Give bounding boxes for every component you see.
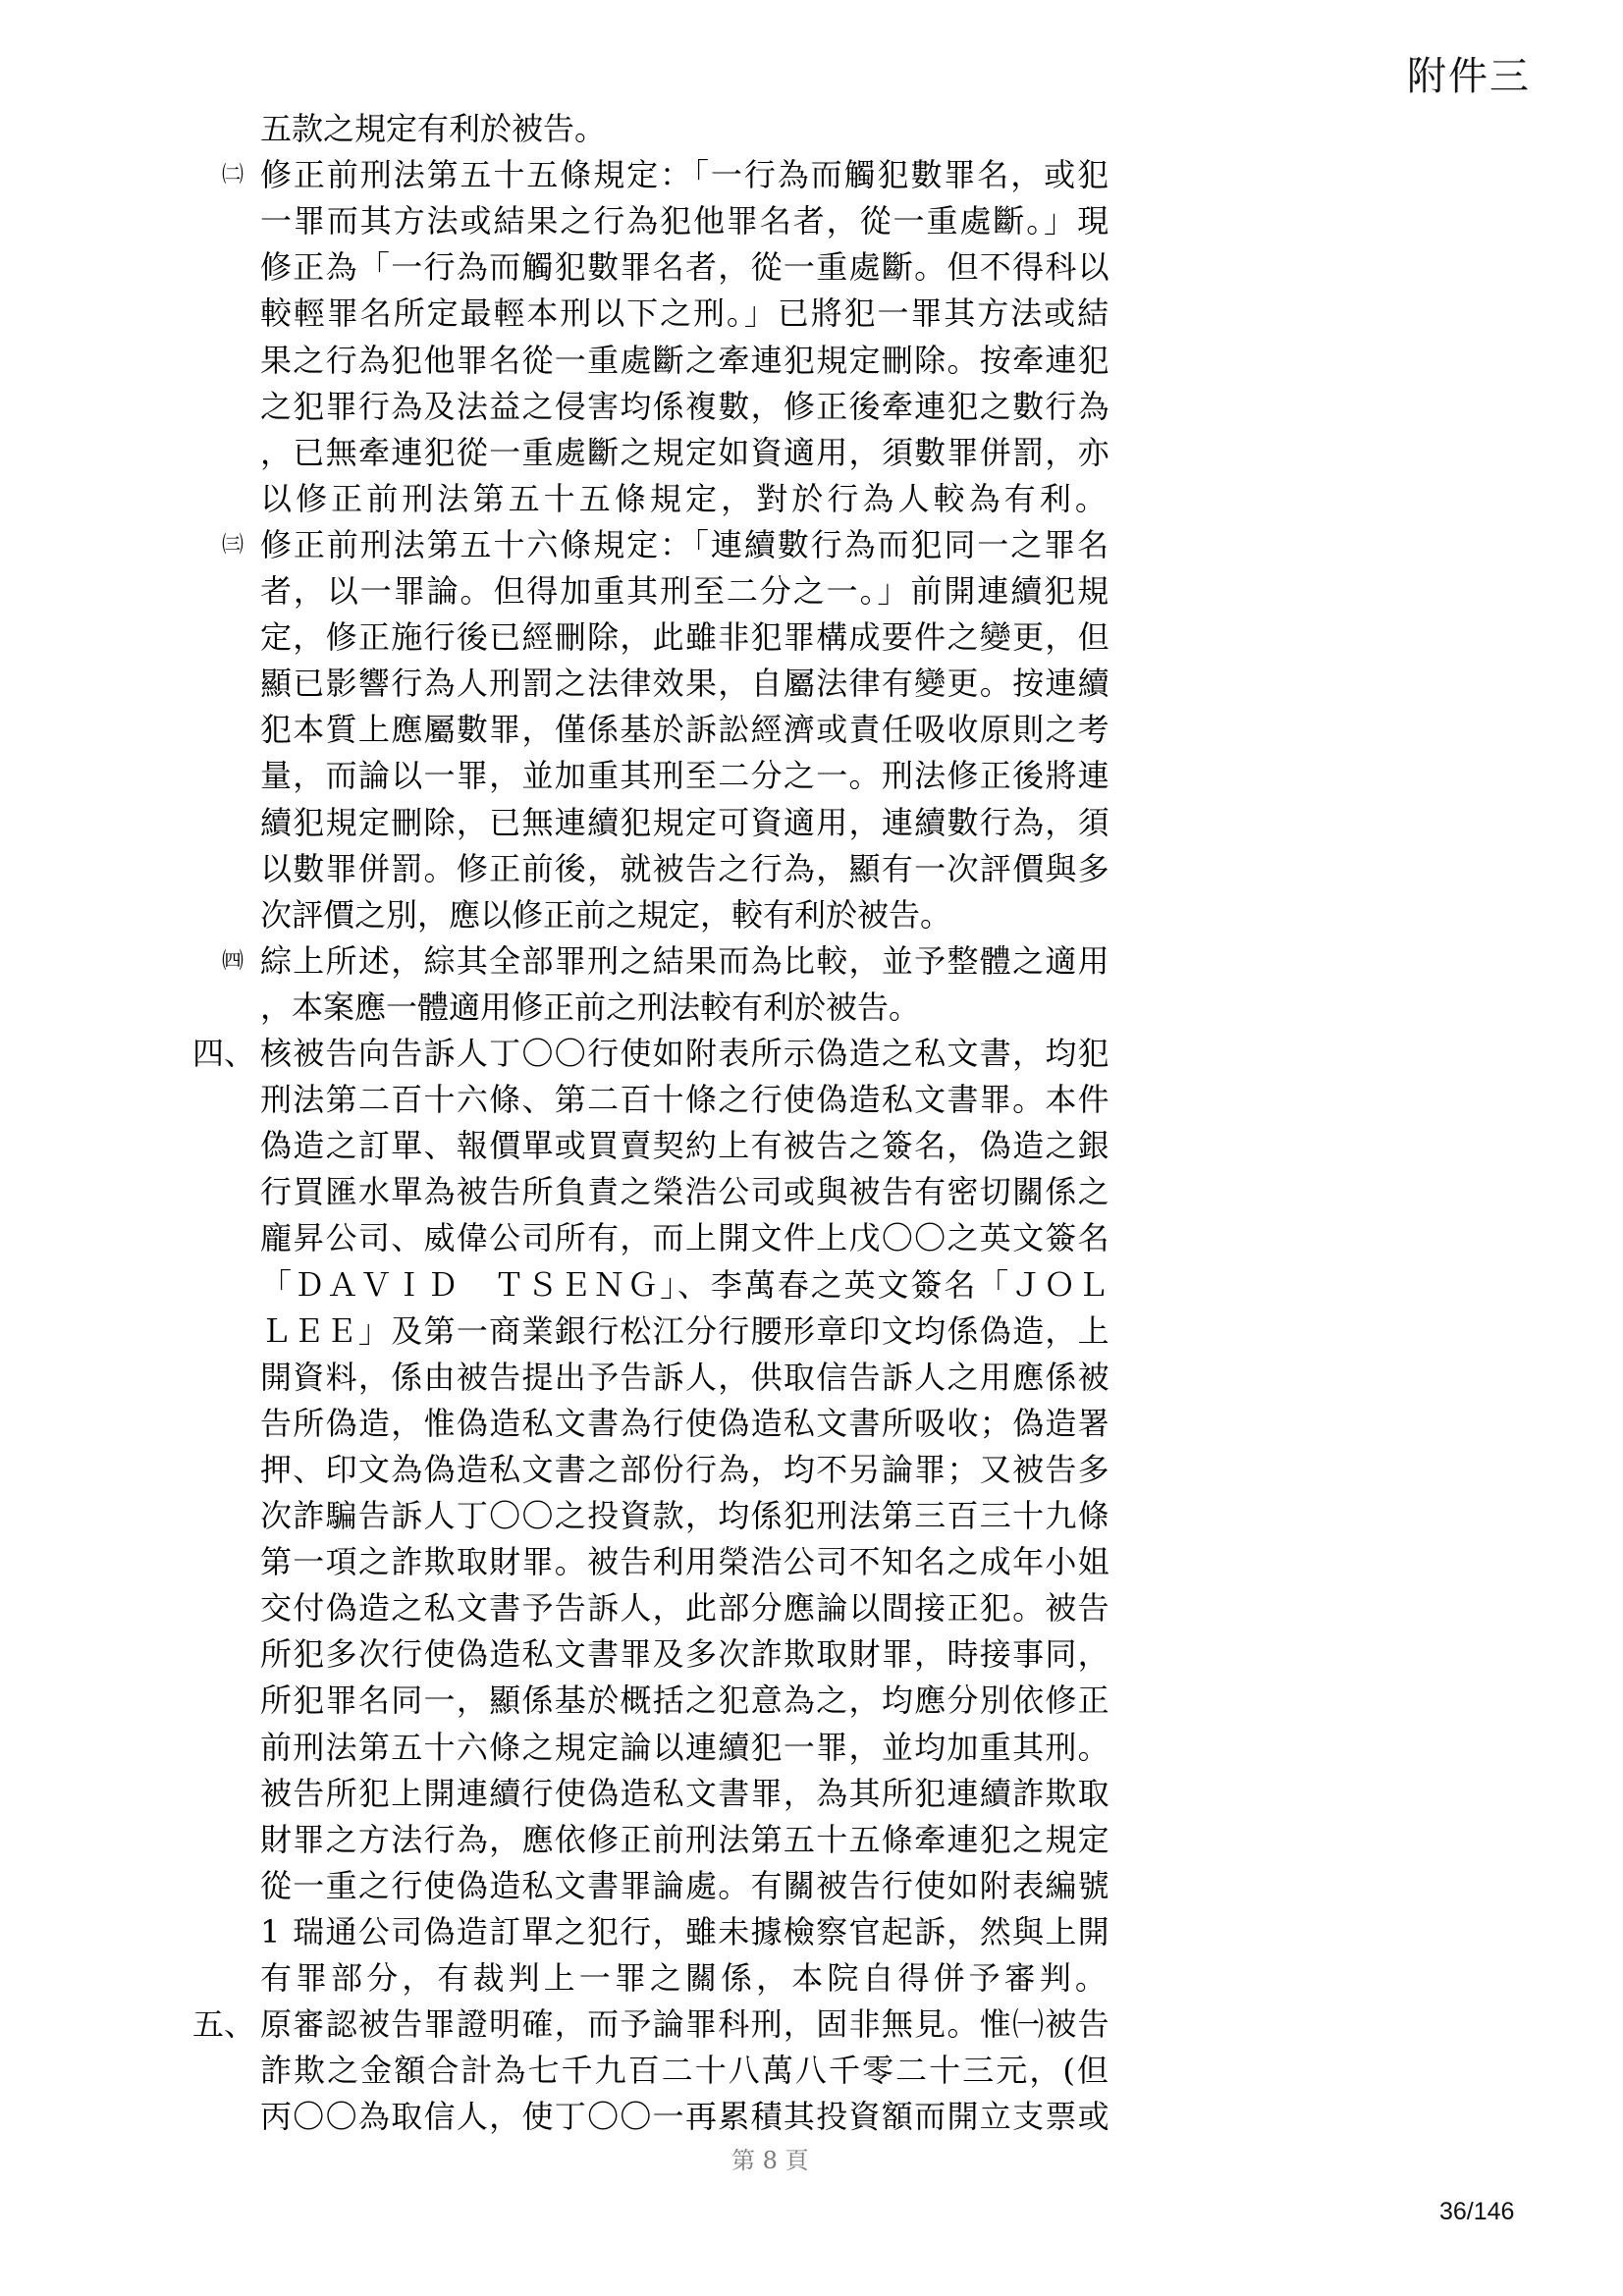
text-line: 交付偽造之私文書予告訴人，此部分應論以間接正犯。被告 [0, 1585, 1623, 1631]
line-text: 被告所犯上開連續行使偽造私文書罪，為其所犯連續詐欺取 [260, 1771, 1110, 1817]
text-line: 從一重之行使偽造私文書罪論處。有關被告行使如附表編號 [0, 1863, 1623, 1909]
text-line: 財罪之方法行為，應依修正前刑法第五十五條牽連犯之規定 [0, 1817, 1623, 1863]
text-line: 「ＤＡＶＩＤ ＴＳＥＮＧ」、李萬春之英文簽名「ＪＯＬ [0, 1262, 1623, 1308]
line-text: 所犯多次行使偽造私文書罪及多次詐欺取財罪，時接事同， [260, 1631, 1110, 1678]
text-line: 續犯規定刪除，已無連續犯規定可資適用，連續數行為，須 [0, 800, 1623, 846]
text-line: 果之行為犯他罪名從一重處斷之牽連犯規定刪除。按牽連犯 [0, 338, 1623, 384]
item-number: ㈡ [222, 152, 243, 198]
line-text: 一罪而其方法或結果之行為犯他罪名者，從一重處斷。」現 [260, 198, 1110, 244]
line-text: 續犯規定刪除，已無連續犯規定可資適用，連續數行為，須 [260, 800, 1110, 846]
line-text: 修正前刑法第五十五條規定：「一行為而觸犯數罪名，或犯 [260, 152, 1110, 198]
text-line: 行買匯水單為被告所負責之榮浩公司或與被告有密切關係之 [0, 1169, 1623, 1215]
line-text: 刑法第二百十六條、第二百十條之行使偽造私文書罪。本件 [260, 1077, 1110, 1123]
line-text: 果之行為犯他罪名從一重處斷之牽連犯規定刪除。按牽連犯 [260, 338, 1110, 384]
text-line: 次詐騙告訴人丁〇〇之投資款，均係犯刑法第三百三十九條 [0, 1493, 1623, 1539]
text-line: 顯已影響行為人刑罰之法律效果，自屬法律有變更。按連續 [0, 661, 1623, 707]
line-text: 以數罪併罰。修正前後，就被告之行為，顯有一次評價與多 [260, 846, 1110, 892]
line-text: 從一重之行使偽造私文書罪論處。有關被告行使如附表編號 [260, 1863, 1110, 1909]
line-text: 龐昇公司、威偉公司所有，而上開文件上戊〇〇之英文簽名 [260, 1215, 1110, 1261]
line-text: 前刑法第五十六條之規定論以連續犯一罪，並均加重其刑。 [260, 1725, 1110, 1771]
text-line: 以修正前刑法第五十五條規定，對於行為人較為有利。 [0, 476, 1623, 522]
text-line: 被告所犯上開連續行使偽造私文書罪，為其所犯連續詐欺取 [0, 1771, 1623, 1817]
text-line: 偽造之訂單、報價單或買賣契約上有被告之簽名，偽造之銀 [0, 1123, 1623, 1169]
line-text: 交付偽造之私文書予告訴人，此部分應論以間接正犯。被告 [260, 1585, 1110, 1631]
text-line: 所犯罪名同一，顯係基於概括之犯意為之，均應分別依修正 [0, 1678, 1623, 1724]
text-line: 有罪部分，有裁判上一罪之關係，本院自得併予審判。 [0, 1955, 1623, 2002]
line-text: 偽造之訂單、報價單或買賣契約上有被告之簽名，偽造之銀 [260, 1123, 1110, 1169]
line-text: 「ＤＡＶＩＤ ＴＳＥＮＧ」、李萬春之英文簽名「ＪＯＬ [260, 1262, 1110, 1308]
line-text: ，本案應一體適用修正前之刑法較有利於被告。 [260, 985, 920, 1031]
line-text: 綜上所述，綜其全部罪刑之結果而為比較，並予整體之適用 [260, 938, 1110, 985]
text-line: 所犯多次行使偽造私文書罪及多次詐欺取財罪，時接事同， [0, 1631, 1623, 1678]
line-text: 修正前刑法第五十六條規定：「連續數行為而犯同一之罪名 [260, 522, 1110, 568]
line-text: 核被告向告訴人丁〇〇行使如附表所示偽造之私文書，均犯 [260, 1031, 1110, 1077]
text-line: 次評價之別，應以修正前之規定，較有利於被告。 [0, 892, 1623, 938]
item-heading-line: ㈡修正前刑法第五十五條規定：「一行為而觸犯數罪名，或犯 [0, 152, 1623, 198]
line-text: 財罪之方法行為，應依修正前刑法第五十五條牽連犯之規定 [260, 1817, 1110, 1863]
line-text: 開資料，係由被告提出予告訴人，供取信告訴人之用應係被 [260, 1355, 1110, 1401]
text-line: 第一項之詐欺取財罪。被告利用榮浩公司不知名之成年小姐 [0, 1539, 1623, 1585]
text-line: 龐昇公司、威偉公司所有，而上開文件上戊〇〇之英文簽名 [0, 1215, 1623, 1261]
line-text: 告所偽造，惟偽造私文書為行使偽造私文書所吸收；偽造署 [260, 1401, 1110, 1447]
line-text: 之犯罪行為及法益之侵害均係複數，修正後牽連犯之數行為 [260, 384, 1110, 430]
line-text: 以修正前刑法第五十五條規定，對於行為人較為有利。 [260, 476, 1110, 522]
text-line: ，已無牽連犯從一重處斷之規定如資適用，須數罪併罰，亦 [0, 430, 1623, 476]
line-text: 次詐騙告訴人丁〇〇之投資款，均係犯刑法第三百三十九條 [260, 1493, 1110, 1539]
line-text: 丙〇〇為取信人，使丁〇〇一再累積其投資額而開立支票或 [260, 2094, 1110, 2140]
text-line: 定，修正施行後已經刪除，此雖非犯罪構成要件之變更，但 [0, 614, 1623, 661]
text-line: ，本案應一體適用修正前之刑法較有利於被告。 [0, 985, 1623, 1031]
line-text: 較輕罪名所定最輕本刑以下之刑。」已將犯一罪其方法或結 [260, 291, 1110, 337]
text-line: 較輕罪名所定最輕本刑以下之刑。」已將犯一罪其方法或結 [0, 291, 1623, 337]
item-heading-line: ㈢修正前刑法第五十六條規定：「連續數行為而犯同一之罪名 [0, 522, 1623, 568]
page-number-footer: 第 8 頁 [731, 2146, 809, 2175]
line-text: 量，而論以一罪，並加重其刑至二分之一。刑法修正後將連 [260, 753, 1110, 799]
text-line: ＬＥＥ」及第一商業銀行松江分行腰形章印文均係偽造，上 [0, 1308, 1623, 1355]
line-text: ，已無牽連犯從一重處斷之規定如資適用，須數罪併罰，亦 [260, 430, 1110, 476]
section-heading-line: 四、核被告向告訴人丁〇〇行使如附表所示偽造之私文書，均犯 [0, 1031, 1623, 1077]
text-line: 開資料，係由被告提出予告訴人，供取信告訴人之用應係被 [0, 1355, 1623, 1401]
line-text: 修正為「一行為而觸犯數罪名者，從一重處斷。但不得科以 [260, 244, 1110, 291]
text-line: 告所偽造，惟偽造私文書為行使偽造私文書所吸收；偽造署 [0, 1401, 1623, 1447]
text-line: 前刑法第五十六條之規定論以連續犯一罪，並均加重其刑。 [0, 1725, 1623, 1771]
item-number: ㈢ [222, 522, 243, 568]
line-text: 有罪部分，有裁判上一罪之關係，本院自得併予審判。 [260, 1955, 1110, 2002]
line-text: 犯本質上應屬數罪，僅係基於訴訟經濟或責任吸收原則之考 [260, 707, 1110, 753]
text-line: 丙〇〇為取信人，使丁〇〇一再累積其投資額而開立支票或 [0, 2094, 1623, 2140]
line-text: 所犯罪名同一，顯係基於概括之犯意為之，均應分別依修正 [260, 1678, 1110, 1724]
text-line: 五款之規定有利於被告。 [0, 106, 1623, 152]
line-text: 者，以一罪論。但得加重其刑至二分之一。」前開連續犯規 [260, 568, 1110, 614]
item-heading-line: ㈣綜上所述，綜其全部罪刑之結果而為比較，並予整體之適用 [0, 938, 1623, 985]
line-text: 第一項之詐欺取財罪。被告利用榮浩公司不知名之成年小姐 [260, 1539, 1110, 1585]
text-line: 一罪而其方法或結果之行為犯他罪名者，從一重處斷。」現 [0, 198, 1623, 244]
line-text: 五款之規定有利於被告。 [260, 106, 606, 152]
text-line: 刑法第二百十六條、第二百十條之行使偽造私文書罪。本件 [0, 1077, 1623, 1123]
line-text: 詐欺之金額合計為七千九百二十八萬八千零二十三元，(但 [260, 2048, 1110, 2094]
text-line: 押、印文為偽造私文書之部份行為，均不另論罪；又被告多 [0, 1447, 1623, 1493]
pdf-page-count: 36/146 [1439, 2197, 1514, 2226]
text-line: 1 瑞通公司偽造訂單之犯行，雖未據檢察官起訴，然與上開 [0, 1909, 1623, 1955]
section-number: 五、 [192, 2002, 255, 2048]
attachment-label: 附件三 [1407, 53, 1531, 100]
line-text: 行買匯水單為被告所負責之榮浩公司或與被告有密切關係之 [260, 1169, 1110, 1215]
line-text: 次評價之別，應以修正前之規定，較有利於被告。 [260, 892, 951, 938]
line-text: 原審認被告罪證明確，而予論罪科刑，固非無見。惟㈠被告 [260, 2002, 1110, 2048]
text-line: 修正為「一行為而觸犯數罪名者，從一重處斷。但不得科以 [0, 244, 1623, 291]
section-heading-line: 五、原審認被告罪證明確，而予論罪科刑，固非無見。惟㈠被告 [0, 2002, 1623, 2048]
text-line: 詐欺之金額合計為七千九百二十八萬八千零二十三元，(但 [0, 2048, 1623, 2094]
line-text: ＬＥＥ」及第一商業銀行松江分行腰形章印文均係偽造，上 [260, 1308, 1110, 1355]
text-line: 以數罪併罰。修正前後，就被告之行為，顯有一次評價與多 [0, 846, 1623, 892]
text-line: 量，而論以一罪，並加重其刑至二分之一。刑法修正後將連 [0, 753, 1623, 799]
item-number: ㈣ [222, 938, 243, 985]
text-line: 犯本質上應屬數罪，僅係基於訴訟經濟或責任吸收原則之考 [0, 707, 1623, 753]
section-number: 四、 [192, 1031, 255, 1077]
line-text: 1 瑞通公司偽造訂單之犯行，雖未據檢察官起訴，然與上開 [260, 1909, 1110, 1955]
line-text: 顯已影響行為人刑罰之法律效果，自屬法律有變更。按連續 [260, 661, 1110, 707]
line-text: 押、印文為偽造私文書之部份行為，均不另論罪；又被告多 [260, 1447, 1110, 1493]
text-line: 之犯罪行為及法益之侵害均係複數，修正後牽連犯之數行為 [0, 384, 1623, 430]
line-text: 定，修正施行後已經刪除，此雖非犯罪構成要件之變更，但 [260, 614, 1110, 661]
text-line: 者，以一罪論。但得加重其刑至二分之一。」前開連續犯規 [0, 568, 1623, 614]
